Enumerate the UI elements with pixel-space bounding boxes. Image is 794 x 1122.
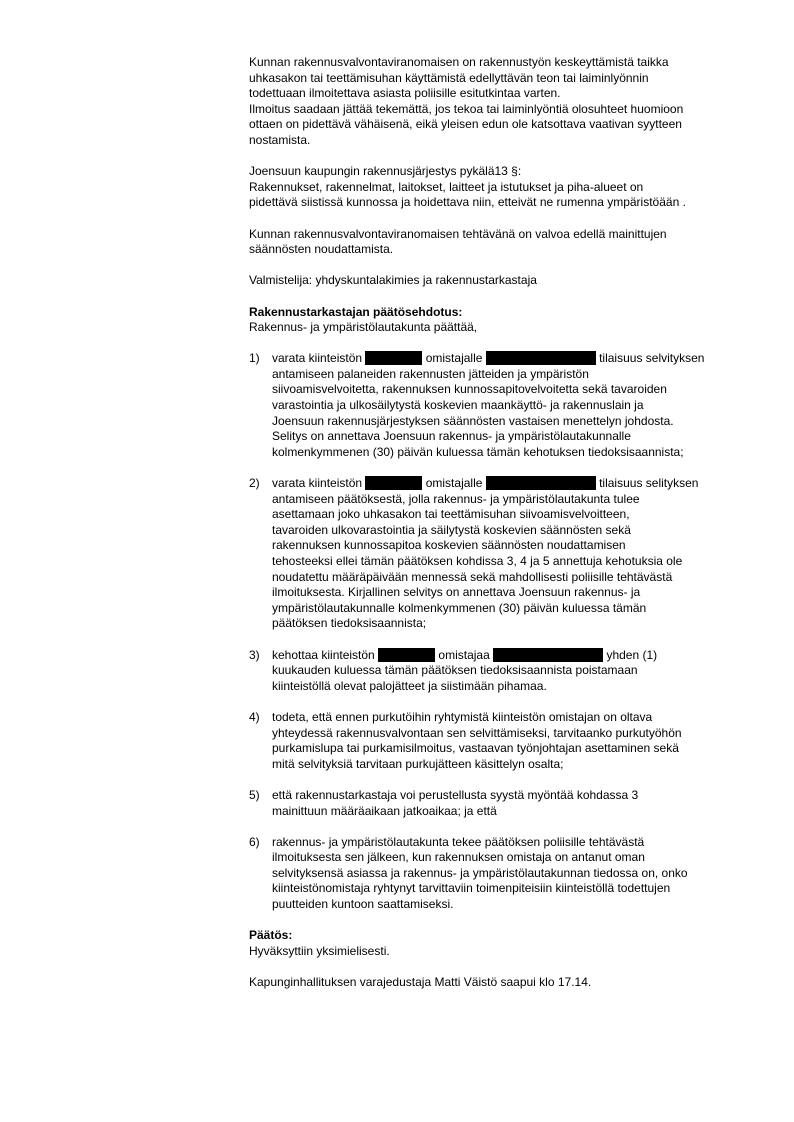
decision-text: Hyväksyttiin yksimielisesti. xyxy=(249,944,749,960)
preparer-line: Valmistelija: yhdyskuntalakimies ja rake… xyxy=(249,273,749,289)
document-page: Kunnan rakennusvalvontaviranomaisen on r… xyxy=(249,55,749,991)
item-number: 1) xyxy=(249,351,260,367)
text-fragment: tilaisuus selvityksen xyxy=(596,351,705,365)
redacted-owner-name xyxy=(486,476,596,490)
intro-paragraph: Kunnan rakennusvalvontaviranomaisen on r… xyxy=(249,55,749,149)
text-line: selvityksensä asiassa ja rakennus- ja ym… xyxy=(272,866,749,882)
text-line: todettuaan ilmoitettava asiasta poliisil… xyxy=(249,86,749,102)
text-line: Joensuun kaupungin rakennusjärjestys pyk… xyxy=(249,164,749,180)
text-line: Kunnan rakennusvalvontaviranomaisen on r… xyxy=(249,55,749,71)
decision-item-1: 1) varata kiinteistön omistajalle tilais… xyxy=(249,351,749,460)
decision-item-5: 5) että rakennustarkastaja voi perustell… xyxy=(249,788,749,819)
text-line: yhteydessä rakennusvalvontaan sen selvit… xyxy=(272,726,749,742)
text-line: mitä selvityksiä tarvitaan purkujätteen … xyxy=(272,757,749,773)
closing-note: Kapunginhallituksen varajedustaja Matti … xyxy=(249,975,749,991)
text-line: säännösten noudattamista. xyxy=(249,242,749,258)
text-fragment: yhden (1) xyxy=(603,648,657,662)
proposal-heading: Rakennustarkastajan päätösehdotus: xyxy=(249,305,749,321)
text-line: että rakennustarkastaja voi perustellust… xyxy=(272,788,749,804)
text-line: ilmoituksesta. Kirjallinen selvitys on a… xyxy=(272,585,749,601)
text-line: Selitys on annettava Joensuun rakennus- … xyxy=(272,429,749,445)
text-line: todeta, että ennen purkutöihin ryhtymist… xyxy=(272,710,749,726)
text-line: asettamaan joko uhkasakon tai teettämisu… xyxy=(272,507,749,523)
item-number: 3) xyxy=(249,648,260,664)
text-line: ympäristölautakunnalle kolmenkymmenen (3… xyxy=(272,601,749,617)
text-line: kuukauden kuluessa tämän päätöksen tiedo… xyxy=(272,663,749,679)
text-line: noudatettu määräpäivään mennessä sekä ma… xyxy=(272,570,749,586)
text-line: kiinteistönomistaja ryhtynyt tarvittavii… xyxy=(272,881,749,897)
redacted-owner-name xyxy=(493,648,603,662)
text-line: ottaen on pidettävä vähäisenä, eikä ylei… xyxy=(249,117,749,133)
text-line: mainittuun määräaikaan jatkoaikaa; ja et… xyxy=(272,804,749,820)
text-fragment: kehottaa kiinteistön xyxy=(272,648,378,662)
text-fragment: varata kiinteistön xyxy=(272,351,365,365)
text-line: puutteiden kuntoon saattamiseksi. xyxy=(272,897,749,913)
text-fragment: varata kiinteistön xyxy=(272,476,365,490)
text-line: päätöksen tiedoksisaannista; xyxy=(272,616,749,632)
text-line: pidettävä siistissä kunnossa ja hoidetta… xyxy=(249,195,749,211)
decision-item-2: 2) varata kiinteistön omistajalle tilais… xyxy=(249,476,749,632)
text-line: tavaroiden ulkovarastointia ja säilytyst… xyxy=(272,523,749,539)
text-line: Rakennukset, rakennelmat, laitokset, lai… xyxy=(249,180,749,196)
redacted-property-id xyxy=(365,351,422,365)
redacted-property-id xyxy=(378,648,435,662)
text-line: kolmenkymmenen (30) päivän kuluessa tämä… xyxy=(272,445,749,461)
text-line: tehosteeksi ellei tämän päätöksen kohdis… xyxy=(272,554,749,570)
decision-item-6: 6) rakennus- ja ympäristölautakunta teke… xyxy=(249,835,749,913)
text-fragment: tilaisuus selityksen xyxy=(596,476,699,490)
text-fragment: omistajalle xyxy=(422,476,485,490)
item-number: 6) xyxy=(249,835,260,851)
text-fragment: omistajalle xyxy=(422,351,485,365)
text-line: kiinteistöllä olevat palojätteet ja siis… xyxy=(272,679,749,695)
text-line: siivoamisvelvoitetta, rakennuksen kunnos… xyxy=(272,382,749,398)
text-line: Ilmoitus saadaan jättää tekemättä, jos t… xyxy=(249,102,749,118)
proposal-intro: Rakennus- ja ympäristölautakunta päättää… xyxy=(249,320,749,336)
text-line: ilmoituksesta sen jälkeen, kun rakennuks… xyxy=(272,850,749,866)
item-number: 5) xyxy=(249,788,260,804)
text-line: nostamista. xyxy=(249,133,749,149)
text-line: Kunnan rakennusvalvontaviranomaisen teht… xyxy=(249,227,749,243)
decision-item-3: 3) kehottaa kiinteistön omistajaa yhden … xyxy=(249,648,749,695)
redacted-owner-name xyxy=(486,351,596,365)
duty-paragraph: Kunnan rakennusvalvontaviranomaisen teht… xyxy=(249,227,749,258)
text-line: antamiseen palaneiden rakennusten jättei… xyxy=(272,367,749,383)
regulation-paragraph: Joensuun kaupungin rakennusjärjestys pyk… xyxy=(249,164,749,211)
text-line: uhkasakon tai teettämisuhan käyttämistä … xyxy=(249,71,749,87)
text-line: rakennuksen kunnossapitoa koskevien sään… xyxy=(272,538,749,554)
decision-heading: Päätös: xyxy=(249,928,749,944)
text-line: Joensuun rakennusjärjestyksen säännösten… xyxy=(272,414,749,430)
text-line: rakennus- ja ympäristölautakunta tekee p… xyxy=(272,835,749,851)
text-fragment: omistajaa xyxy=(435,648,493,662)
decision-item-4: 4) todeta, että ennen purkutöihin ryhtym… xyxy=(249,710,749,772)
text-line: purkamislupa tai purkamisilmoitus, vasta… xyxy=(272,741,749,757)
text-line: antamiseen päätöksestä, jolla rakennus- … xyxy=(272,492,749,508)
text-line: varastointia ja ulkosäilytystä koskevien… xyxy=(272,398,749,414)
redacted-property-id xyxy=(365,476,422,490)
item-number: 4) xyxy=(249,710,260,726)
item-number: 2) xyxy=(249,476,260,492)
